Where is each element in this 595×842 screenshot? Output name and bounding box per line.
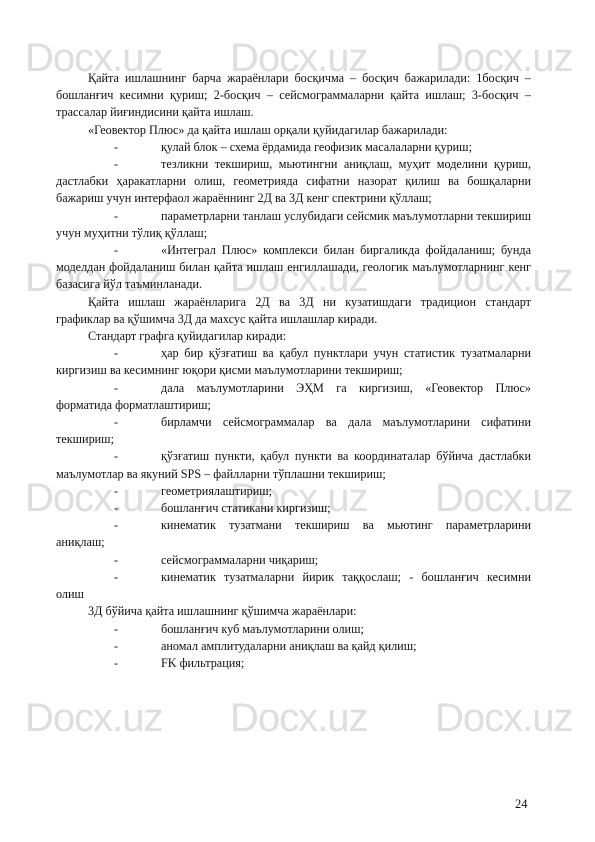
list-item: -аномал амплитудаларни аниқлаш ва қайд қ… — [56, 638, 531, 655]
bullet-dash: - — [56, 208, 161, 225]
bullet-dash: - — [56, 638, 161, 655]
paragraph-geovector: «Геовектор Плюс» да қайта ишлаш орқали қ… — [88, 122, 531, 139]
watermark: Docx.uz — [25, 698, 163, 738]
bullet-dash: - — [56, 139, 161, 156]
paragraph-standard-graph: Стандарт графга қуйидагилар киради: — [88, 328, 531, 345]
bullet-dash: - — [56, 242, 161, 259]
list-item: -бошланғич статикани киргизиш; — [56, 500, 531, 517]
list-item: -ҳар бир қўзғатиш ва қабул пунктлари учу… — [56, 345, 531, 379]
list-item: -«Интеграл Плюс» комплекси билан биргали… — [56, 242, 531, 294]
watermark: Docx.uz — [435, 698, 573, 738]
bullet-dash: - — [56, 621, 161, 638]
paragraph-traditional: Қайта ишлаш жараёнларига 2Д ва 3Д ни куз… — [56, 294, 531, 328]
document-page: Қайта ишлашнинг барча жараёнлари босқичм… — [87, 70, 531, 672]
bullet-dash: - — [56, 655, 161, 672]
list-item: -FK фильтрация; — [56, 655, 531, 672]
list-item: -сейсмограммаларни чиқариш; — [56, 552, 531, 569]
bullet-dash: - — [56, 517, 161, 534]
list-item: -кинематик тузатмаларни йирик таққослаш;… — [56, 569, 531, 603]
paragraph-intro: Қайта ишлашнинг барча жараёнлари босқичм… — [56, 70, 531, 122]
list-item: -кинематик тузатмани текшириш ва мьютинг… — [56, 517, 531, 551]
list-item: -геометриялаштириш; — [56, 483, 531, 500]
watermark: Docx.uz — [230, 698, 368, 738]
bullet-dash: - — [56, 414, 161, 431]
list-item: -бошланғич куб маълумотларини олиш; — [56, 621, 531, 638]
bullet-dash: - — [56, 552, 161, 569]
bullet-dash: - — [56, 345, 161, 362]
bullet-dash: - — [56, 448, 161, 465]
bullet-dash: - — [56, 156, 161, 173]
bullet-dash: - — [56, 380, 161, 397]
bullet-dash: - — [56, 483, 161, 500]
list-item: -тезликни текшириш, мьютингни аниқлаш, м… — [56, 156, 531, 208]
list-item: -қулай блок – схема ёрдамида геофизик ма… — [56, 139, 531, 156]
list-item: -параметрларни танлаш услубидаги сейсмик… — [56, 208, 531, 242]
list-item: -дала маълумотларини ЭҲМ га киргизиш, «Г… — [56, 380, 531, 414]
list-item: -қўзғатиш пункти, қабул пункти ва коорди… — [56, 448, 531, 482]
list-item: -бирламчи сейсмограммалар ва дала маълум… — [56, 414, 531, 448]
paragraph-3d-extra: 3Д бўйича қайта ишлашнинг қўшимча жараён… — [88, 603, 531, 620]
bullet-dash: - — [56, 500, 161, 517]
page-number: 24 — [515, 797, 528, 812]
bullet-dash: - — [56, 569, 161, 586]
